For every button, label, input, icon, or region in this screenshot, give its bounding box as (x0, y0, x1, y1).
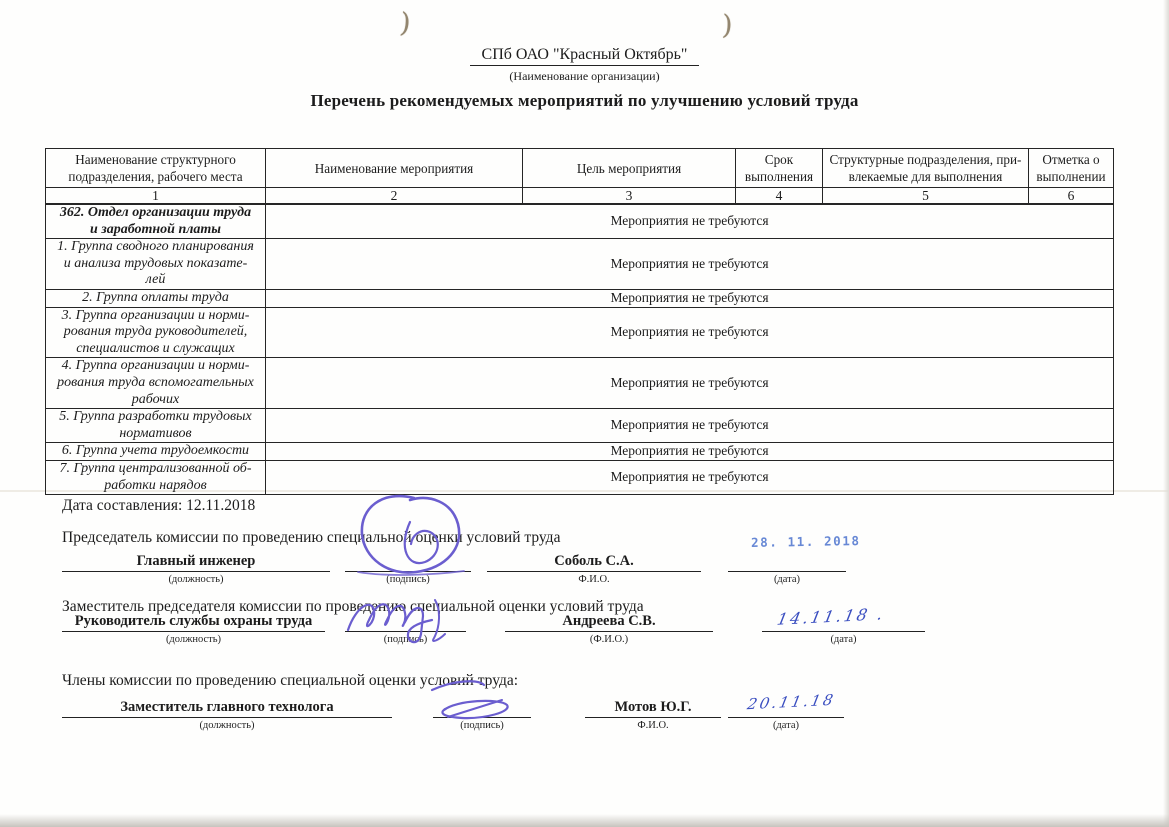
col-header-subdivision: Наименование структурногоподразделения, … (46, 149, 266, 188)
date-label: (дата) (762, 632, 925, 645)
col-header-completion: Отметка овыполнении (1029, 149, 1114, 188)
member-position: Заместитель главного технолога (62, 698, 392, 718)
deputy-position: Руководитель службы охраны труда (62, 612, 325, 632)
row-subdivision: 1. Группа сводного планированияи анализа… (46, 239, 266, 290)
chair-position-field: Главный инженер (должность) (62, 552, 330, 585)
member-signature-scribble (420, 676, 535, 724)
scanned-document-page: ) ) СПб ОАО "Красный Октябрь" (Наименова… (0, 0, 1169, 827)
table-header-row: Наименование структурногоподразделения, … (46, 149, 1114, 188)
table-row: 2. Группа оплаты трудаМероприятия не тре… (46, 289, 1114, 307)
name-label: (Ф.И.О.) (505, 632, 713, 645)
scan-curl-mark-left: ) (398, 8, 412, 40)
scan-bottom-edge (0, 814, 1169, 827)
chair-date-stamp: 28. 11. 2018 (751, 533, 861, 550)
row-note: Мероприятия не требуются (266, 409, 1114, 443)
table-row: 6. Группа учета трудоемкостиМероприятия … (46, 443, 1114, 461)
scan-right-edge (1163, 0, 1169, 827)
document-header: СПб ОАО "Красный Октябрь" (Наименование … (0, 46, 1169, 111)
row-subdivision: 6. Группа учета трудоемкости (46, 443, 266, 461)
row-note: Мероприятия не требуются (266, 443, 1114, 461)
chair-signature-scribble (352, 492, 470, 580)
row-note: Мероприятия не требуются (266, 239, 1114, 290)
table-row: 3. Группа организации и норми-рования тр… (46, 307, 1114, 358)
deputy-name-field: Андреева С.В. (Ф.И.О.) (505, 612, 713, 645)
row-note: Мероприятия не требуются (266, 358, 1114, 409)
col-number: 5 (823, 188, 1029, 205)
position-label: (должность) (62, 718, 392, 731)
col-number: 2 (266, 188, 523, 205)
row-note: Мероприятия не требуются (266, 460, 1114, 494)
organization-caption: (Наименование организации) (0, 69, 1169, 84)
member-position-field: Заместитель главного технолога (должност… (62, 698, 392, 731)
member-name: Мотов Ю.Г. (585, 698, 721, 718)
row-note: Мероприятия не требуются (266, 204, 1114, 239)
table-row: 7. Группа централизованной об-работки на… (46, 460, 1114, 494)
row-subdivision: 3. Группа организации и норми-рования тр… (46, 307, 266, 358)
row-subdivision: 5. Группа разработки трудовыхнормативов (46, 409, 266, 443)
col-number: 3 (523, 188, 736, 205)
chair-name-field: Соболь С.А. Ф.И.О. (487, 552, 701, 585)
deputy-name: Андреева С.В. (505, 612, 713, 632)
position-label: (должность) (62, 632, 325, 645)
chair-date-field: (дата) (728, 552, 846, 585)
col-header-measure: Наименование мероприятия (266, 149, 523, 188)
position-label: (должность) (62, 572, 330, 585)
table-row: 4. Группа организации и норми-рования тр… (46, 358, 1114, 409)
measures-table-body: 362. Отдел организации трудаи заработной… (46, 204, 1114, 495)
row-subdivision: 2. Группа оплаты труда (46, 289, 266, 307)
member-name-field: Мотов Ю.Г. Ф.И.О. (585, 698, 721, 731)
row-subdivision: 7. Группа централизованной об-работки на… (46, 460, 266, 494)
table-row: 5. Группа разработки трудовыхнормативовМ… (46, 409, 1114, 443)
deputy-signature-scribble (342, 594, 477, 646)
col-number: 4 (736, 188, 823, 205)
chair-name: Соболь С.А. (487, 552, 701, 572)
document-title: Перечень рекомендуемых мероприятий по ул… (0, 91, 1169, 111)
organization-name: СПб ОАО "Красный Октябрь" (470, 46, 700, 66)
chair-heading: Председатель комиссии по проведению спец… (62, 529, 560, 547)
chair-position: Главный инженер (62, 552, 330, 572)
deputy-position-field: Руководитель службы охраны труда (должно… (62, 612, 325, 645)
row-subdivision: 4. Группа организации и норми-рования тр… (46, 358, 266, 409)
row-note: Мероприятия не требуются (266, 307, 1114, 358)
name-label: Ф.И.О. (487, 572, 701, 585)
col-header-involved: Структурные подразделения, при-влекаемые… (823, 149, 1029, 188)
row-subdivision: 362. Отдел организации трудаи заработной… (46, 204, 266, 239)
row-note: Мероприятия не требуются (266, 289, 1114, 307)
scan-curl-mark-right: ) (721, 10, 733, 42)
measures-table: Наименование структурногоподразделения, … (45, 148, 1114, 495)
col-header-deadline: Сроквыполнения (736, 149, 823, 188)
name-label: Ф.И.О. (585, 718, 721, 731)
date-label: (дата) (728, 718, 844, 731)
col-number: 1 (46, 188, 266, 205)
col-header-goal: Цель мероприятия (523, 149, 736, 188)
table-row: 362. Отдел организации трудаи заработной… (46, 204, 1114, 239)
col-number: 6 (1029, 188, 1114, 205)
chair-date-line (728, 552, 846, 572)
date-label: (дата) (728, 572, 846, 585)
table-number-row: 1 2 3 4 5 6 (46, 188, 1114, 205)
compile-date: Дата составления: 12.11.2018 (62, 497, 255, 515)
table-row: 1. Группа сводного планированияи анализа… (46, 239, 1114, 290)
